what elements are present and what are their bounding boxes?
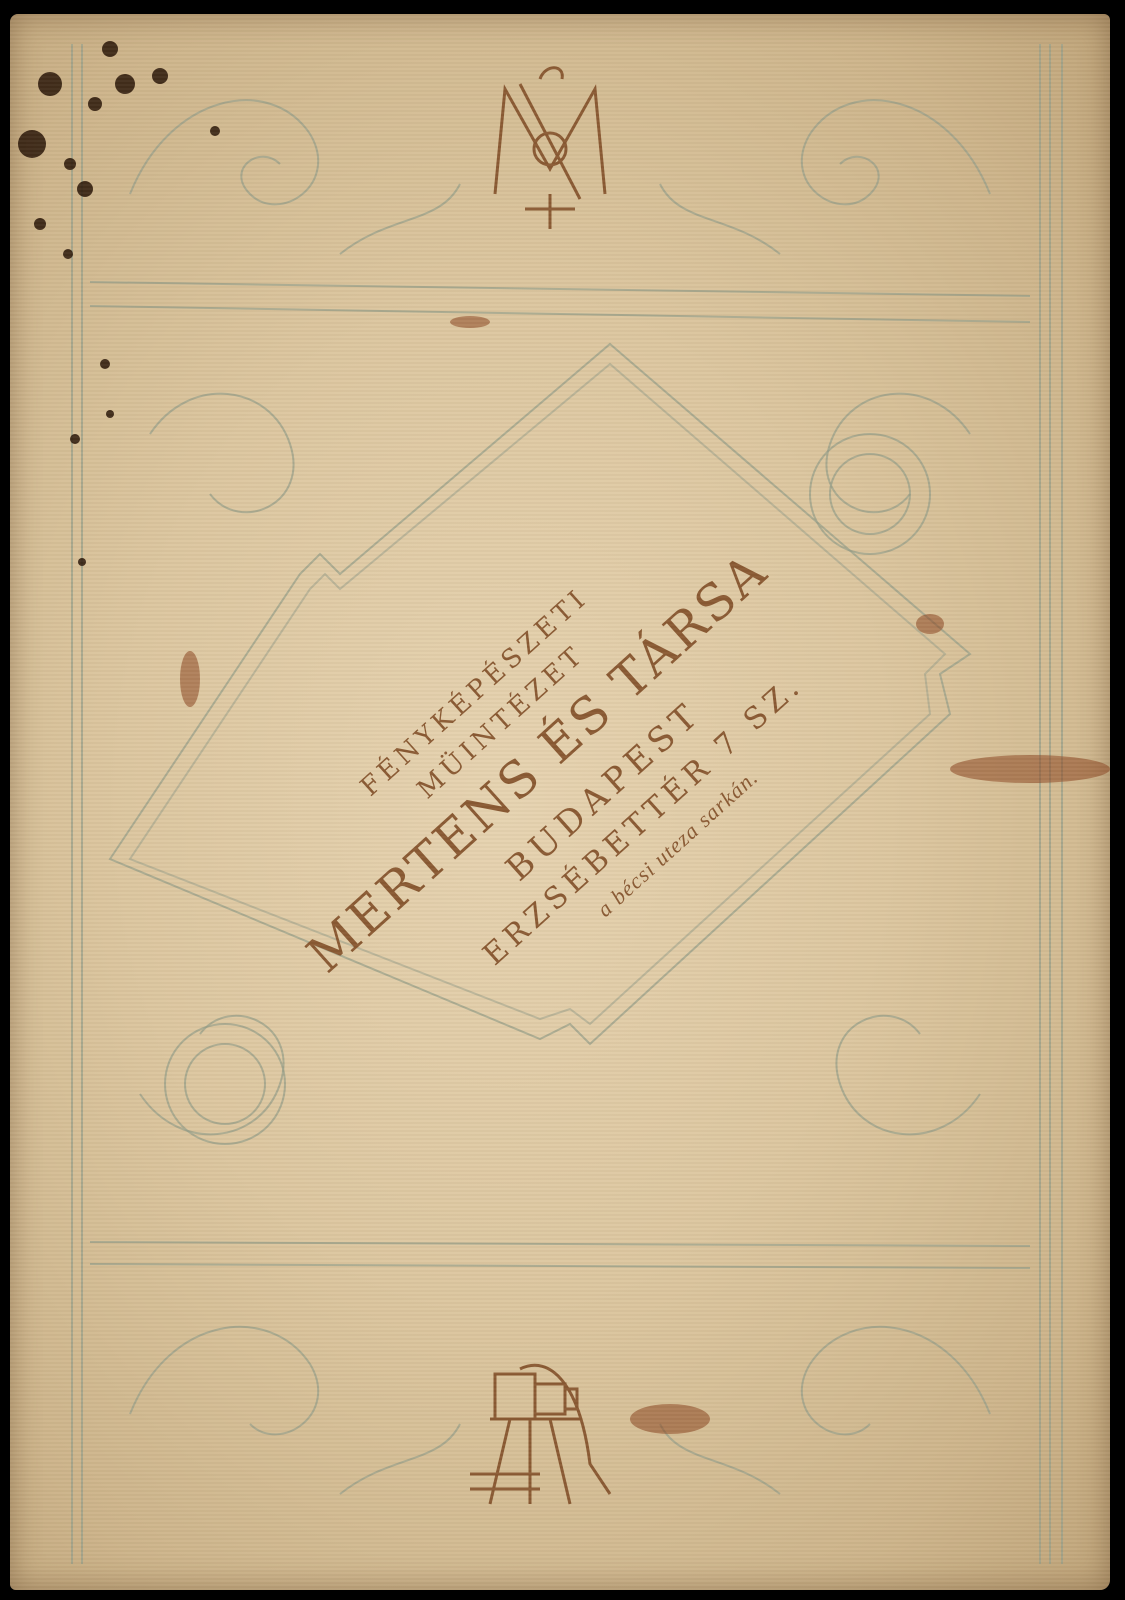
- monogram-icon: [495, 68, 605, 229]
- camera-icon: [470, 1365, 610, 1504]
- ornamental-frame: [10, 14, 1110, 1590]
- cabinet-card: FÉNYKÉPÉSZETI MÜINTÉZET MERTENS ÉS TÁRSA…: [10, 14, 1110, 1590]
